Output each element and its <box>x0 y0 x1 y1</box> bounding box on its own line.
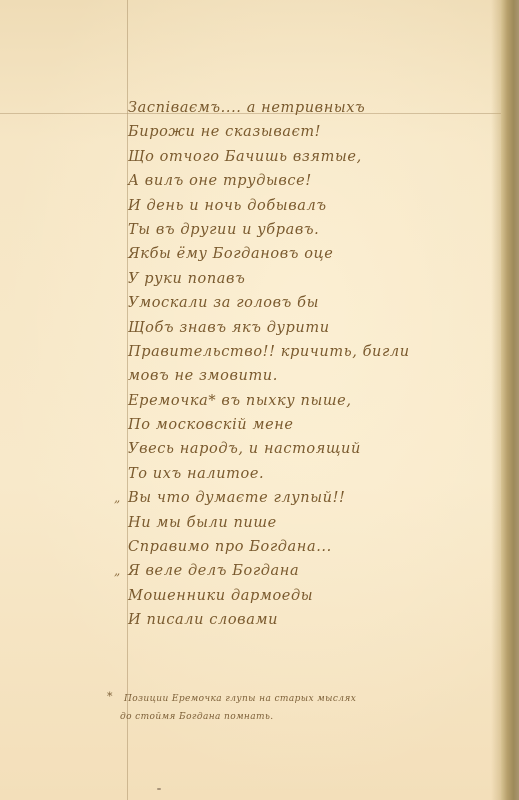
poem-line: Що отчого Бачишь взятые, <box>128 145 478 169</box>
poem-line: Умоскали за головъ бы <box>128 291 478 315</box>
poem-line: Бирожи не сказываєт! <box>128 120 478 144</box>
footnote-line-1: Позиции Еремочка глупы на старых мыслях <box>110 690 480 708</box>
book-binding-edge <box>501 0 519 800</box>
poem-line: Якбы ёму Богдановъ оце <box>128 242 478 266</box>
poem-text-block: Заспіваємъ.... а нетривныхъ Бирожи не ск… <box>128 96 478 633</box>
poem-line: А вилъ оне трудывсе! <box>128 169 478 193</box>
footnote: * Позиции Еремочка глупы на старых мысля… <box>110 690 480 726</box>
poem-line: По московскій мене <box>128 413 478 437</box>
footnote-line-2: до стоймя Богдана помнать. <box>110 708 480 726</box>
poem-line-quoted: „Вы что думаєте глупый!! <box>128 486 478 510</box>
footnote-marker: * <box>107 688 113 706</box>
paper-speck <box>157 788 161 790</box>
poem-line: мовъ не змовити. <box>128 364 478 388</box>
poem-line: Ни мы были пише <box>128 511 478 535</box>
poem-line: У руки попавъ <box>128 267 478 291</box>
poem-line: Еремочка* въ пыхку пыше, <box>128 389 478 413</box>
quote-open-mark: „ <box>114 559 121 583</box>
poem-line: То ихъ налитое. <box>128 462 478 486</box>
poem-line: Щобъ знавъ якъ дурити <box>128 316 478 340</box>
poem-line: Правительство!! кричить, бигли <box>128 340 478 364</box>
quote-open-mark: „ <box>114 486 121 510</box>
poem-line: И день и ночь добывалъ <box>128 194 478 218</box>
poem-line-quoted: „Я веле делъ Богдана <box>128 559 478 583</box>
poem-line: Ты въ другии и убравъ. <box>128 218 478 242</box>
poem-line: И писали словами <box>128 608 478 632</box>
poem-line: Увесь народъ, и настоящий <box>128 437 478 461</box>
poem-line: Мошенники дармоеды <box>128 584 478 608</box>
poem-line: Заспіваємъ.... а нетривныхъ <box>128 96 478 120</box>
poem-line: Справимо про Богдана... <box>128 535 478 559</box>
manuscript-page: Заспіваємъ.... а нетривныхъ Бирожи не ск… <box>0 0 505 800</box>
binding-shadow <box>491 0 501 800</box>
